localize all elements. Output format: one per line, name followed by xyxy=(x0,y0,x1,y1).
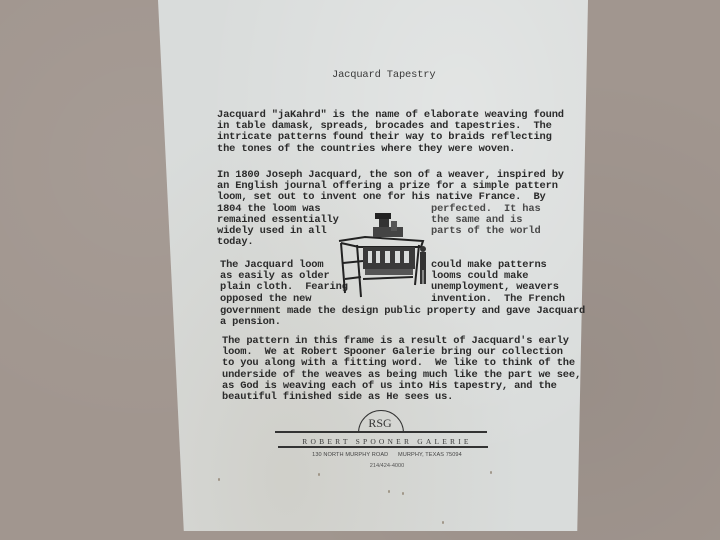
paragraph-weavers-right: could make patterns looms could make une… xyxy=(431,260,565,305)
letterhead-top-rule xyxy=(275,431,487,433)
document-title: Jacquard Tapestry xyxy=(332,70,435,81)
paper-stain xyxy=(318,473,320,476)
jacquard-loom-illustration xyxy=(335,205,435,305)
gallery-city: MURPHY, TEXAS 75094 xyxy=(398,452,462,458)
paper-stain xyxy=(402,492,404,495)
paragraph-history-right: perfected. It has the same and is parts … xyxy=(431,204,541,238)
gallery-phone: 214/424-4000 xyxy=(292,463,482,469)
paragraph-weavers-bottom: government made the design public proper… xyxy=(220,306,585,328)
paper-stain xyxy=(388,490,390,493)
paragraph-gallery-message: The pattern in this frame is a result of… xyxy=(222,336,581,403)
gallery-street: 130 NORTH MURPHY ROAD xyxy=(312,452,388,458)
gallery-name: ROBERT SPOONER GALERIE xyxy=(292,437,482,446)
gallery-address: 130 NORTH MURPHY ROAD MURPHY, TEXAS 7509… xyxy=(292,452,482,458)
paper-stain xyxy=(490,471,492,474)
paper-stain xyxy=(442,521,444,524)
paper-stain xyxy=(218,478,220,481)
paragraph-definition: Jacquard "jaKahrd" is the name of elabor… xyxy=(217,110,564,155)
paragraph-weavers-left: The Jacquard loom as easily as older pla… xyxy=(220,260,348,305)
letterhead-bottom-rule xyxy=(278,446,488,448)
